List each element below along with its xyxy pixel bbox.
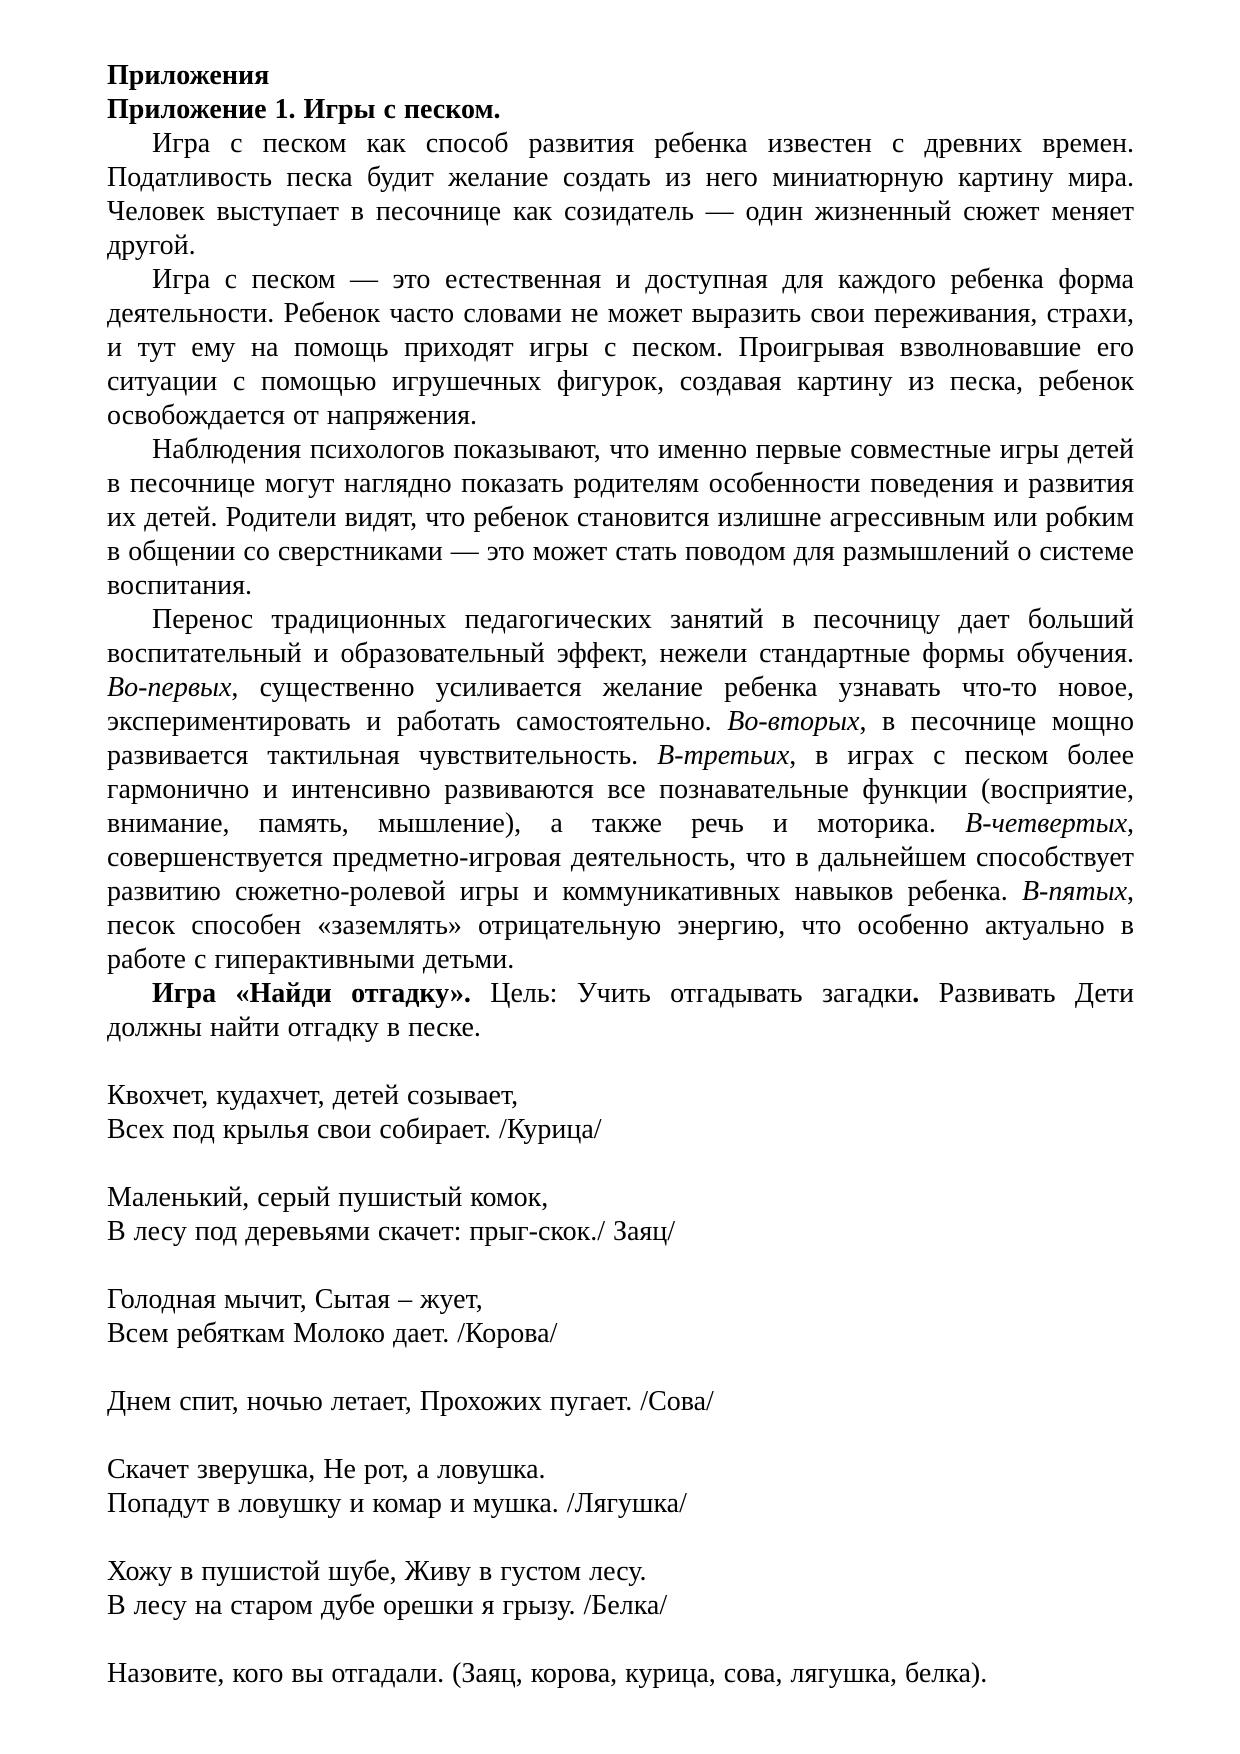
italic-text-run: В-третьих [657, 740, 789, 771]
bold-text-run: Приложение 1. Игры с песком. [107, 94, 501, 125]
italic-text-run: Во-первых [107, 672, 231, 703]
intro-paragraph-3: Наблюдения психологов показывают, что им… [107, 433, 1134, 603]
riddle-owl: Днем спит, ночью летает, Прохожих пугает… [107, 1385, 1134, 1419]
text-run: Наблюдения психологов показывают, что им… [107, 434, 1134, 601]
closing-line: Назовите, кого вы отгадали. (Заяц, коров… [107, 1657, 1134, 1691]
game-find-answer-description: Игра «Найди отгадку». Цель: Учить отгады… [107, 977, 1134, 1045]
text-run: Цель: Учить отгадывать загадки [471, 978, 912, 1009]
riddle-line: Маленький, серый пушистый комок, [107, 1182, 548, 1213]
riddle-line: Всех под крылья свои собирает. /Курица/ [107, 1114, 602, 1145]
italic-text-run: В-пятых [1022, 876, 1127, 907]
document-page: ПриложенияПриложение 1. Игры с песком.Иг… [0, 0, 1240, 1754]
riddle-line: В лесу на старом дубе орешки я грызу. /Б… [107, 1590, 667, 1621]
riddle-line: В лесу под деревьями скачет: прыг-скок./… [107, 1216, 675, 1247]
riddle-line: Днем спит, ночью летает, Прохожих пугает… [107, 1386, 714, 1417]
bold-text-run: Приложения [107, 60, 269, 91]
riddle-frog: Скачет зверушка, Не рот, а ловушка.Попад… [107, 1453, 1134, 1521]
appendices-title: Приложения [107, 59, 1134, 93]
intro-paragraph-2: Игра с песком — это естественная и досту… [107, 263, 1134, 433]
riddle-line: Всем ребяткам Молоко дает. /Корова/ [107, 1318, 557, 1349]
benefits-paragraph: Перенос традиционных педагогических заня… [107, 603, 1134, 977]
document-body: ПриложенияПриложение 1. Игры с песком.Иг… [107, 59, 1134, 1691]
riddle-line: Квохчет, кудахчет, детей созывает, [107, 1080, 518, 1111]
text-run: Игра с песком как способ развития ребенк… [107, 128, 1134, 261]
riddle-cow: Голодная мычит, Сытая – жует,Всем ребятк… [107, 1283, 1134, 1351]
riddle-line: Попадут в ловушку и комар и мушка. /Лягу… [107, 1488, 687, 1519]
riddle-hen: Квохчет, кудахчет, детей созывает,Всех п… [107, 1079, 1134, 1147]
appendix-1-title: Приложение 1. Игры с песком. [107, 93, 1134, 127]
italic-text-run: Во-вторых [727, 706, 859, 737]
riddle-line: Хожу в пушистой шубе, Живу в густом лесу… [107, 1556, 647, 1587]
intro-paragraph-1: Игра с песком как способ развития ребенк… [107, 127, 1134, 263]
riddle-line: Скачет зверушка, Не рот, а ловушка. [107, 1454, 546, 1485]
bold-text-run: Игра «Найди отгадку». [152, 978, 471, 1009]
text-run: Перенос традиционных педагогических заня… [107, 604, 1134, 669]
riddle-hare: Маленький, серый пушистый комок,В лесу п… [107, 1181, 1134, 1249]
text-run: Игра с песком — это естественная и досту… [107, 264, 1134, 431]
riddle-squirrel: Хожу в пушистой шубе, Живу в густом лесу… [107, 1555, 1134, 1623]
italic-text-run: В-четвертых [965, 808, 1127, 839]
riddle-line: Назовите, кого вы отгадали. (Заяц, коров… [107, 1658, 987, 1689]
riddle-line: Голодная мычит, Сытая – жует, [107, 1284, 483, 1315]
